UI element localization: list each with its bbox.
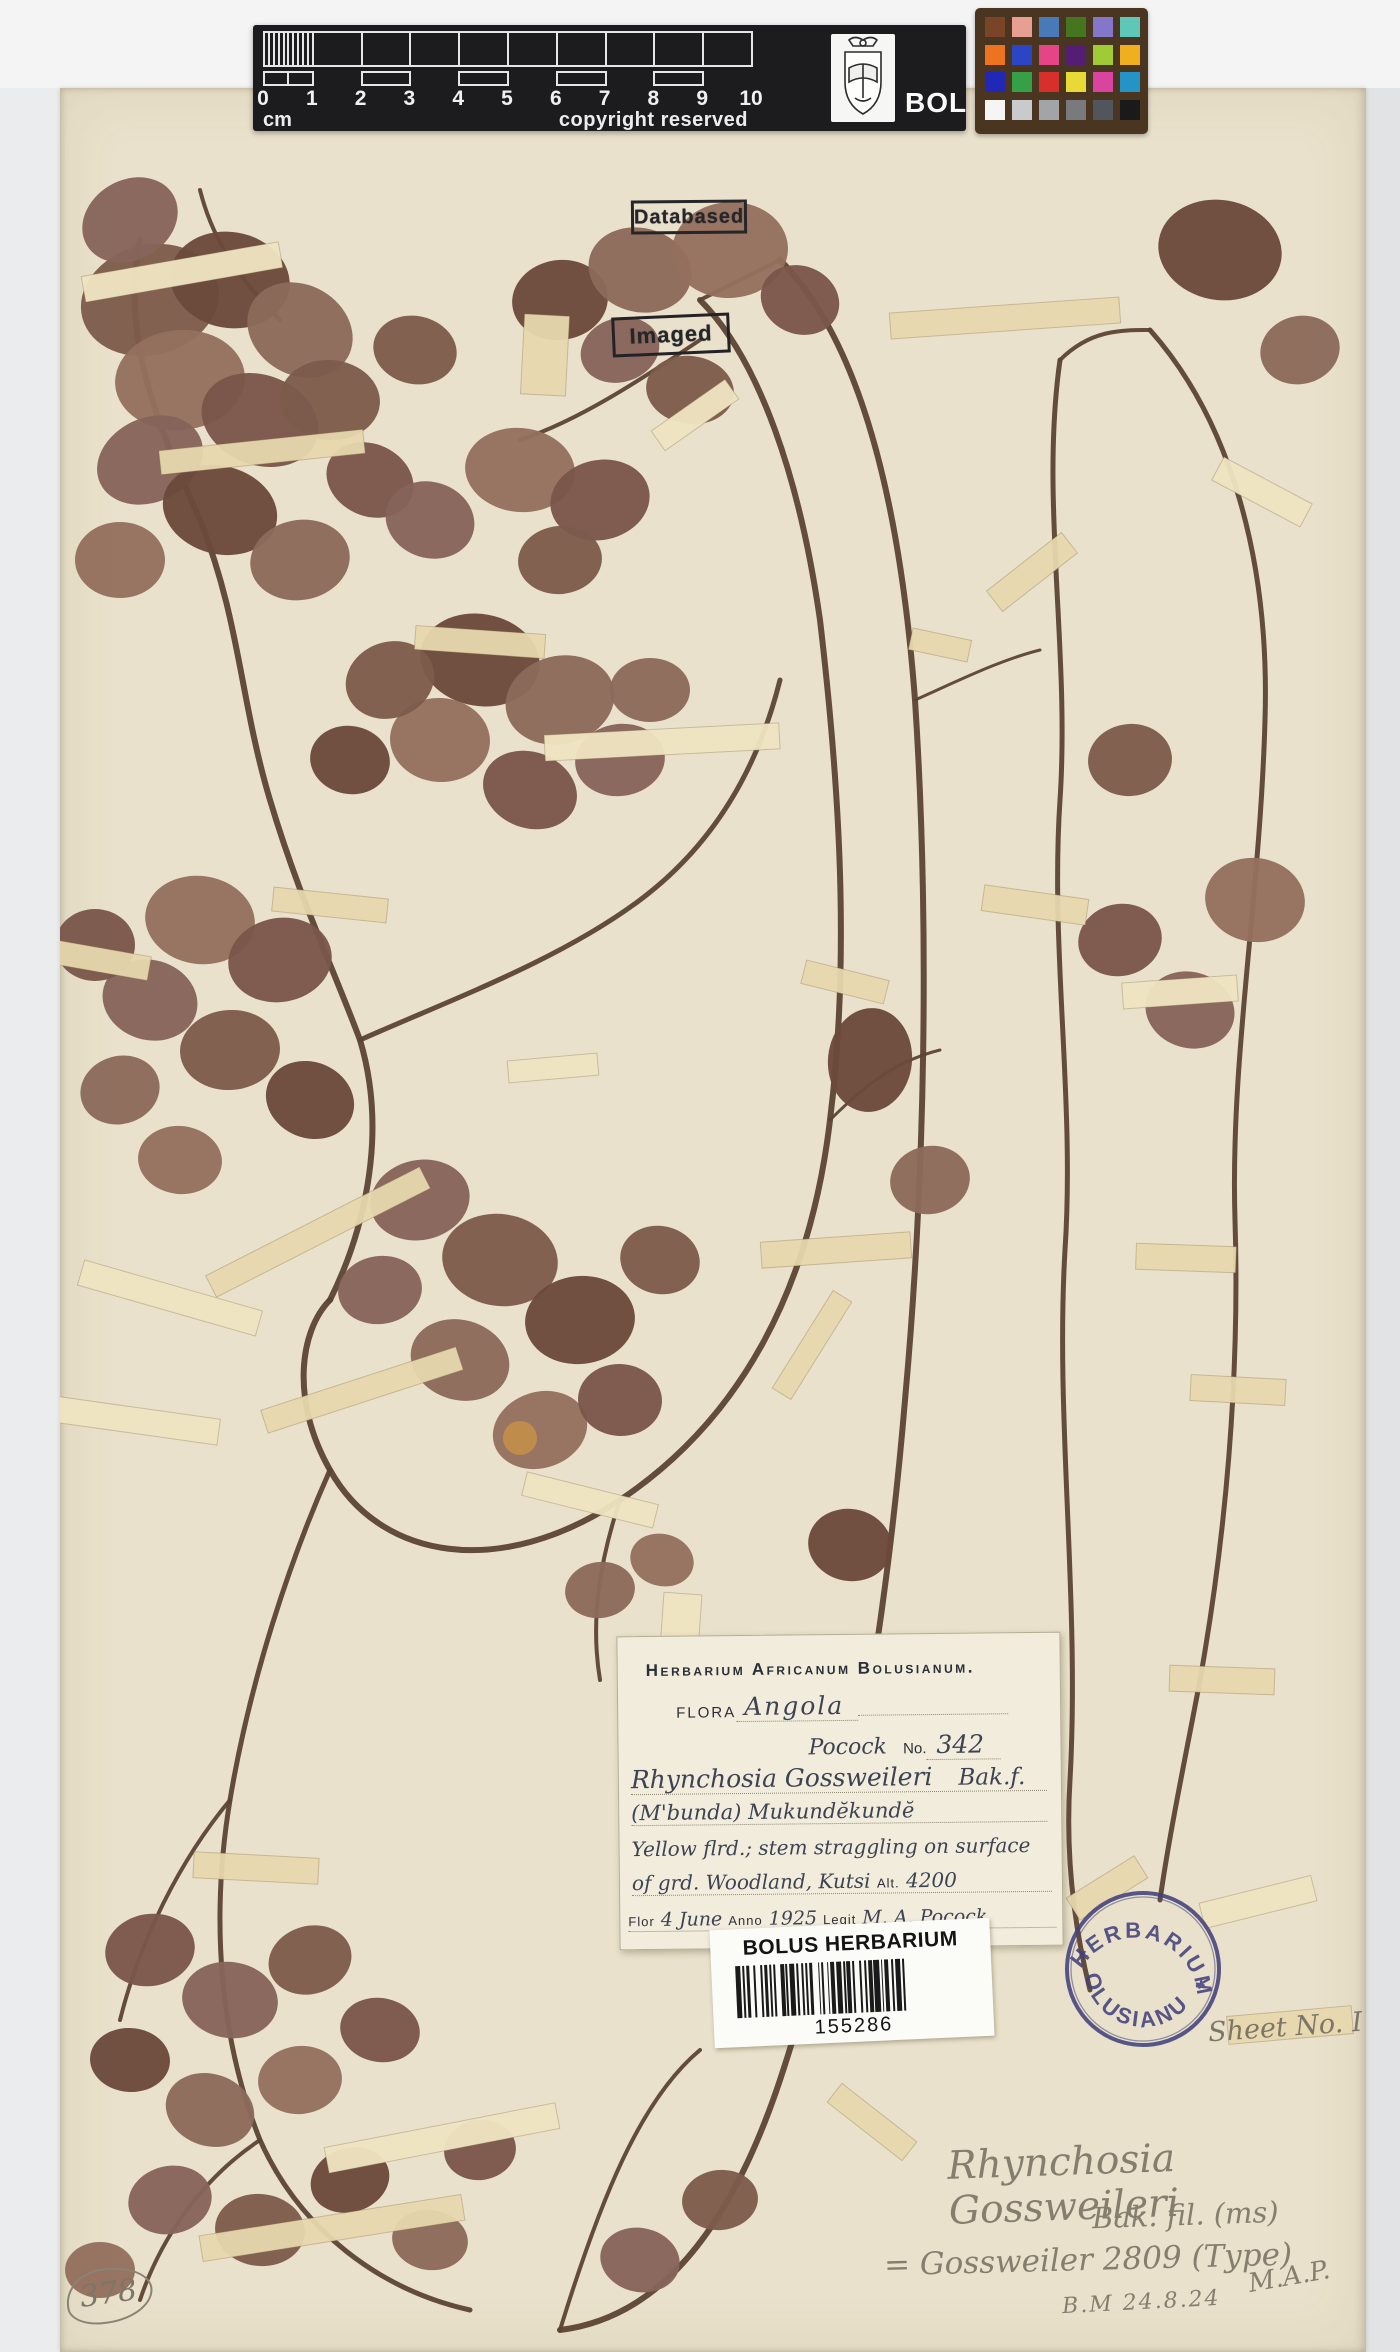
stem xyxy=(915,650,1040,700)
label-flora-row: FLORAAngola xyxy=(676,1691,1008,1723)
species-name-handwritten: Rhynchosia Gossweileri xyxy=(631,1762,933,1794)
color-swatch xyxy=(1012,45,1032,65)
tape-strip xyxy=(889,297,1120,339)
mm-tick xyxy=(273,33,275,65)
leaf xyxy=(594,2220,686,2299)
leaf xyxy=(305,720,396,801)
stem xyxy=(1150,330,1265,1900)
barcode-icon xyxy=(735,1956,969,2018)
leaf xyxy=(122,2158,218,2242)
anno-printed-label: Anno xyxy=(728,1913,763,1928)
color-swatch xyxy=(1039,17,1059,37)
leaf xyxy=(177,1956,283,2045)
cm-box xyxy=(312,31,363,67)
color-swatch xyxy=(1012,100,1032,120)
stem xyxy=(1060,330,1150,360)
specimen-label: Herbarium Africanum Bolusianum. FLORAAng… xyxy=(616,1632,1063,1951)
half-cm-box xyxy=(263,71,289,86)
mm-tick xyxy=(297,33,299,65)
flora-printed-label: FLORA xyxy=(676,1704,736,1722)
tape-strip xyxy=(981,885,1089,925)
habitat-handwritten: of grd. Woodland, Kutsi xyxy=(632,1869,871,1895)
leaf xyxy=(335,1992,425,2069)
no-printed-label: No. xyxy=(903,1740,927,1757)
imaged-stamp: Imaged xyxy=(611,312,731,357)
tape-strip xyxy=(1212,457,1313,527)
color-swatch xyxy=(985,72,1005,92)
ruler-number: 3 xyxy=(404,87,416,111)
leaf xyxy=(255,2042,346,2118)
leaf xyxy=(1200,851,1311,948)
ruler-number: 5 xyxy=(501,87,513,111)
mm-tick xyxy=(302,33,304,65)
leaf xyxy=(1150,190,1289,310)
color-swatch xyxy=(1039,100,1059,120)
tape-strip xyxy=(827,2083,917,2160)
label-vernacular-line: (M'bunda) Mukundĕkundĕ xyxy=(631,1797,1047,1826)
ruler-number: 1 xyxy=(306,87,318,111)
ruler-number: 9 xyxy=(696,87,708,111)
tape-strip xyxy=(772,1290,852,1399)
tape-strip xyxy=(60,1395,220,1445)
color-swatch xyxy=(1120,45,1140,65)
tape-strip xyxy=(987,533,1078,612)
tape-strip xyxy=(520,314,569,396)
half-cm-box xyxy=(361,71,412,86)
leaf xyxy=(1084,720,1175,800)
cm-box xyxy=(605,31,656,67)
herbarium-sheet-scan: { "ruler": { "numbers": ["0","1","2","3"… xyxy=(0,0,1400,2352)
color-swatch xyxy=(1120,100,1140,120)
leaf xyxy=(99,1907,200,1994)
leaf xyxy=(576,1361,665,1439)
color-swatch xyxy=(985,45,1005,65)
ruler-number: 4 xyxy=(452,87,464,111)
leaf xyxy=(72,1046,168,1133)
mm-tick xyxy=(292,33,294,65)
ruler-number: 8 xyxy=(648,87,660,111)
label-notes-line2: of grd. Woodland, Kutsi Alt. 4200 xyxy=(632,1867,1052,1896)
flora-value-handwritten: Angola xyxy=(736,1691,858,1722)
tape-strip xyxy=(760,1232,911,1268)
tape-strip xyxy=(1169,1665,1275,1695)
collector-script: Pocock xyxy=(808,1734,899,1760)
mm-tick xyxy=(283,33,285,65)
collection-number-handwritten: 342 xyxy=(926,1729,1000,1760)
color-swatch xyxy=(1039,72,1059,92)
tape-strip xyxy=(1136,1243,1237,1272)
color-swatch xyxy=(1012,72,1032,92)
university-crest-icon xyxy=(831,34,895,122)
cm-box xyxy=(409,31,460,67)
cm-box xyxy=(702,31,753,67)
color-swatch xyxy=(985,17,1005,37)
leaf xyxy=(135,1122,226,1198)
cm-box xyxy=(361,31,412,67)
leaf xyxy=(679,2166,761,2234)
color-swatch xyxy=(1120,17,1140,37)
half-cm-box xyxy=(458,71,509,86)
ruler-number: 0 xyxy=(257,87,269,111)
scale-bar: cm copyright reserved BOL 012345678910 xyxy=(253,25,966,131)
leaf xyxy=(802,1502,897,1587)
leaf xyxy=(156,2062,264,2158)
ruler-number: 10 xyxy=(739,87,762,111)
ruler-number: 2 xyxy=(355,87,367,111)
color-swatch xyxy=(1093,72,1113,92)
color-swatch xyxy=(1066,45,1086,65)
tape-strip xyxy=(908,628,971,662)
color-swatch xyxy=(1120,72,1140,92)
databased-stamp: Databased xyxy=(631,199,747,234)
tape-strip xyxy=(272,887,389,923)
half-cm-box xyxy=(287,71,313,86)
label-institution: Herbarium Africanum Bolusianum. xyxy=(646,1658,975,1681)
tape-strip xyxy=(1190,1375,1286,1406)
ruler-number: 7 xyxy=(599,87,611,111)
ruler-number: 6 xyxy=(550,87,562,111)
leaf xyxy=(561,1557,638,1622)
alt-value-handwritten: 4200 xyxy=(906,1868,957,1893)
flor-printed-label: Flor xyxy=(628,1914,655,1929)
tape-strip xyxy=(507,1053,599,1083)
color-swatch xyxy=(1093,100,1113,120)
color-swatch xyxy=(1093,17,1113,37)
determination-author: Bak. fil. (ms) xyxy=(1091,2195,1279,2235)
color-swatch xyxy=(985,100,1005,120)
half-cm-box xyxy=(653,71,704,86)
color-calibration-card xyxy=(975,8,1148,134)
tape-strip xyxy=(801,960,889,1004)
color-swatch xyxy=(1093,45,1113,65)
label-notes-line1: Yellow flrd.; stem straggling on surface xyxy=(631,1833,1051,1861)
orange-spot xyxy=(503,1421,537,1455)
mm-tick xyxy=(307,33,309,65)
cm-box xyxy=(458,31,509,67)
color-swatch xyxy=(1066,100,1086,120)
leaf xyxy=(625,1527,700,1593)
cm-box xyxy=(507,31,558,67)
label-number-row: Pocock No.342 xyxy=(808,1729,1000,1760)
leaf xyxy=(367,308,463,392)
leaf xyxy=(610,658,690,722)
copyright-label: copyright reserved xyxy=(559,109,748,132)
mm-tick xyxy=(287,33,289,65)
dotted-leader xyxy=(858,1713,1008,1716)
mm-tick xyxy=(278,33,280,65)
cm-box xyxy=(653,31,704,67)
leaf xyxy=(614,1218,706,1301)
university-crest-panel xyxy=(831,34,895,122)
color-swatch xyxy=(1039,45,1059,65)
leaf xyxy=(88,2025,172,2094)
cm-unit-label: cm xyxy=(263,109,292,132)
cm-box xyxy=(556,31,607,67)
flor-value-handwritten: 4 June xyxy=(661,1908,723,1931)
label-species-line: Rhynchosia GossweileriBak.f. xyxy=(631,1761,1047,1795)
leaf xyxy=(75,522,165,598)
species-author-handwritten: Bak.f. xyxy=(932,1764,1025,1791)
color-swatch xyxy=(1066,17,1086,37)
tape-strip xyxy=(324,2103,560,2173)
half-cm-box xyxy=(556,71,607,86)
tape-strip xyxy=(193,1852,319,1885)
color-swatch xyxy=(1066,72,1086,92)
herbarium-code-label: BOL xyxy=(905,87,967,119)
leaf xyxy=(885,1140,976,1221)
alt-printed-label: Alt. xyxy=(877,1875,900,1890)
leaf xyxy=(1253,307,1347,392)
mm-tick xyxy=(268,33,270,65)
barcode-label: BOLUS HERBARIUM 155286 xyxy=(709,1918,994,2049)
color-swatch xyxy=(1012,17,1032,37)
